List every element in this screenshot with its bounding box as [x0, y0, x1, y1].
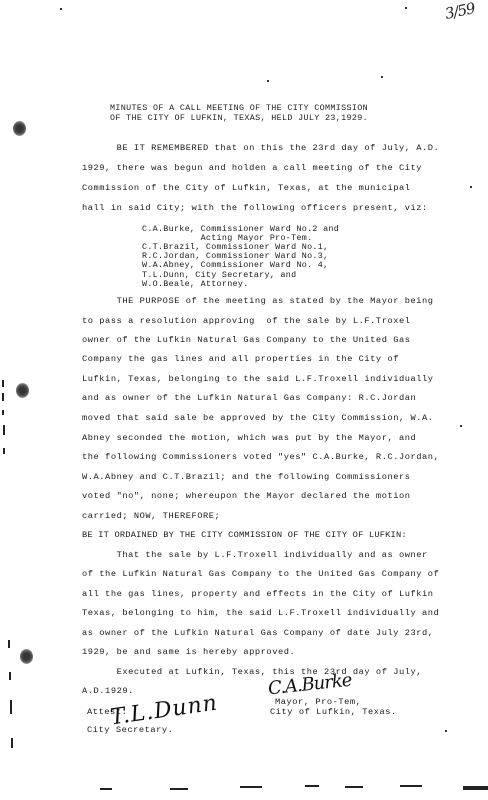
intro-line: hall in said City; with the following of… [82, 204, 428, 213]
mayor-title-line-2: City of Lufkin, Texas. [270, 708, 397, 717]
officer-line: W.O.Beale, Attorney. [142, 280, 249, 288]
secretary-title: City Secretary. [87, 726, 173, 735]
document-title-line-1: MINUTES OF A CALL MEETING OF THE CITY CO… [110, 104, 368, 112]
resolution-line: as owner of the Lufkin Natural Gas Compa… [82, 629, 434, 638]
punch-hole-top [13, 121, 26, 136]
scan-bottom-edge [305, 785, 319, 787]
scan-edge-mark [2, 393, 4, 401]
scan-bottom-edge [345, 786, 363, 788]
scan-speck [267, 80, 269, 82]
officer-line: W.A.Abney, Commissioner Ward No. 4, [142, 261, 328, 269]
intro-line: 1929, there was begun and holden a call … [82, 164, 422, 173]
scan-bottom-edge [463, 786, 488, 790]
scan-edge-mark [2, 410, 4, 415]
scan-edge-mark [2, 380, 4, 387]
resolution-line: That the sale by L.F.Troxell individuall… [82, 551, 428, 560]
scan-edge-mark [9, 672, 11, 680]
executed-line: Executed at Lufkin, Texas, this the 23rd… [82, 668, 422, 677]
scan-speck [381, 76, 383, 78]
page-number: 3/59 [444, 1, 476, 22]
purpose-line: voted "no", none; whereupon the Mayor de… [82, 492, 411, 501]
secretary-signature: T.L.Dunn [109, 693, 219, 730]
purpose-line: carried; NOW, THEREFORE; [82, 512, 220, 521]
scan-bottom-edge [170, 788, 188, 790]
resolution-line: 1929, be and same is hereby approved. [82, 648, 295, 657]
scan-speck [445, 730, 447, 732]
purpose-line: THE PURPOSE of the meeting as stated by … [82, 297, 434, 306]
purpose-line: the following Commissioners voted "yes" … [82, 453, 439, 462]
resolution-line: of the Lufkin Natural Gas Company to the… [82, 570, 439, 579]
scan-speck [470, 186, 472, 188]
scan-edge-mark [11, 738, 13, 748]
mayor-title-line-1: Mayor, Pro-Tem, [275, 698, 361, 707]
intro-line: Commission of the City of Lufkin, Texas,… [82, 184, 411, 193]
purpose-line: Abney seconded the motion, which was put… [82, 434, 416, 443]
scan-edge-mark [10, 700, 12, 714]
scan-speck [460, 425, 462, 427]
executed-date: A.D.1929. [82, 687, 134, 696]
scan-bottom-edge [240, 786, 262, 788]
scan-edge-mark [3, 425, 5, 435]
resolution-line: all the gas lines, property and effects … [82, 590, 434, 599]
punch-hole-bottom [20, 649, 33, 664]
ordained-heading: BE IT ORDAINED BY THE CITY COMMISSION OF… [82, 531, 407, 540]
purpose-line: Lufkin, Texas, belonging to the said L.F… [82, 375, 434, 384]
purpose-line: moved that said sale be approved by the … [82, 414, 434, 423]
scan-edge-mark [8, 640, 10, 648]
document-title-line-2: OF THE CITY OF LUFKIN, TEXAS, HELD JULY … [110, 114, 368, 122]
scan-edge-mark [3, 448, 5, 454]
purpose-line: owner of the Lufkin Natural Gas Company … [82, 336, 411, 345]
scan-speck [405, 7, 407, 9]
resolution-line: Texas, belonging to him, the said L.F.Tr… [82, 609, 439, 618]
scan-bottom-edge [100, 788, 112, 790]
scan-bottom-edge [400, 785, 422, 787]
purpose-line: Company the gas lines and all properties… [82, 355, 399, 364]
purpose-line: and as owner of the Lufkin Natural Gas C… [82, 394, 416, 403]
punch-hole-middle [16, 383, 29, 398]
scan-speck [60, 8, 62, 10]
purpose-line: to pass a resolution approving of the sa… [82, 317, 411, 326]
intro-line: BE IT REMEMBERED that on this the 23rd d… [82, 144, 439, 153]
purpose-line: W.A.Abney and C.T.Brazil; and the follow… [82, 473, 411, 482]
